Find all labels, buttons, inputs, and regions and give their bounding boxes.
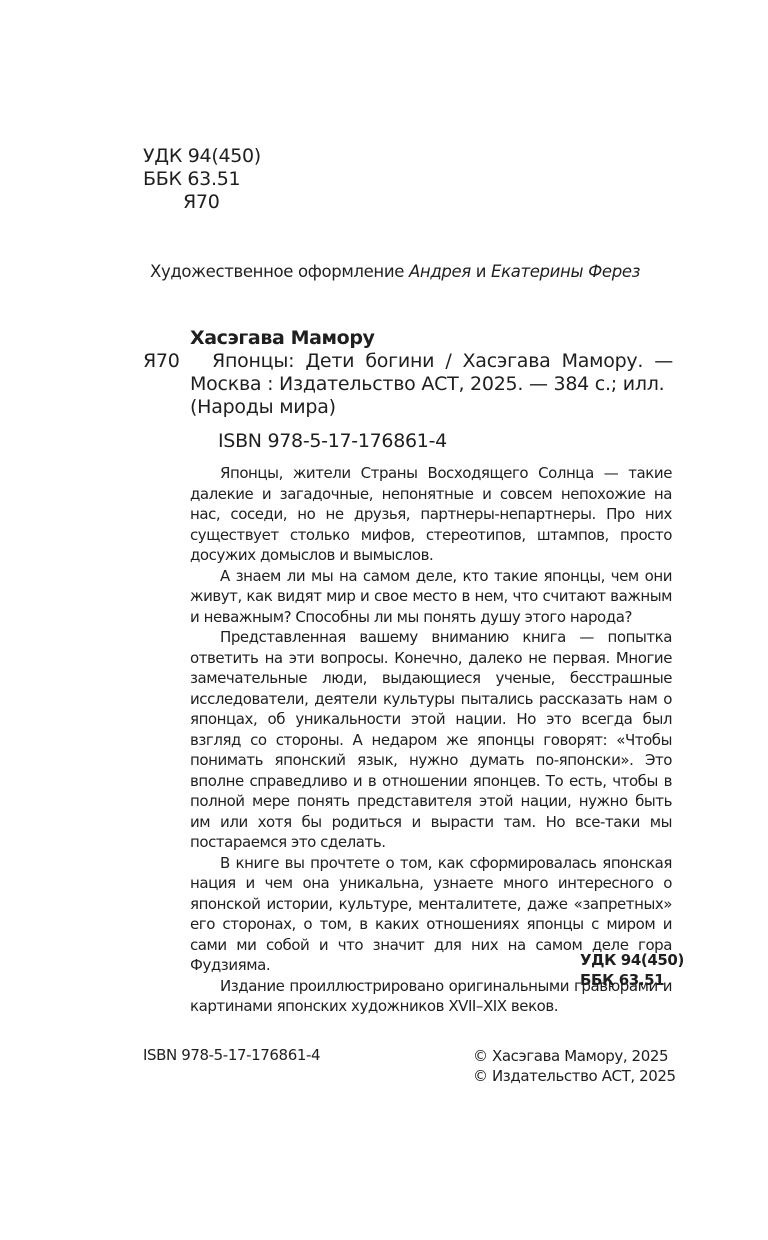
bbk-code-footer: ББК 63.51	[580, 970, 684, 990]
entry-series: (Народы мира)	[143, 396, 673, 419]
classification-footer: УДК 94(450) ББК 63.51	[580, 950, 684, 990]
annotation-paragraph: Представленная вашему вниманию книга — п…	[190, 627, 672, 853]
catalog-entry: Хасэгава Мамору Я70 Японцы: Дети богини …	[143, 327, 673, 419]
annotation-paragraph: Японцы, жители Страны Восходящего Солнца…	[190, 463, 672, 566]
design-credit: Художественное оформление Андрея и Екате…	[150, 262, 640, 281]
copyright-author: © Хасэгава Мамору, 2025	[473, 1046, 676, 1066]
copyright-block: © Хасэгава Мамору, 2025 © Издательство А…	[473, 1046, 676, 1086]
classification-block: УДК 94(450) ББК 63.51 Я70	[143, 145, 261, 214]
footer-isbn: ISBN 978-5-17-176861-4	[143, 1046, 320, 1064]
bbk-code: ББК 63.51	[143, 168, 261, 191]
udk-code-footer: УДК 94(450)	[580, 950, 684, 970]
design-credit-conj: и	[471, 262, 491, 281]
entry-row: Я70 Японцы: Дети богини / Хасэгава Мамор…	[143, 350, 673, 396]
udk-code: УДК 94(450)	[143, 145, 261, 168]
entry-code: Я70	[143, 350, 190, 396]
designer-name-1: Андрея	[409, 262, 471, 281]
annotation: Японцы, жители Страны Восходящего Солнца…	[190, 463, 672, 1017]
designer-name-2: Екатерины Ферез	[491, 262, 640, 281]
author-mark: Я70	[143, 191, 261, 214]
entry-isbn: ISBN 978-5-17-176861-4	[218, 430, 447, 452]
entry-title-line: Японцы: Дети богини / Хасэгава Мамору. —…	[190, 350, 673, 396]
annotation-paragraph: А знаем ли мы на самом деле, кто такие я…	[190, 566, 672, 628]
entry-body: Японцы: Дети богини / Хасэгава Мамору. —…	[190, 350, 673, 396]
design-credit-prefix: Художественное оформление	[150, 262, 409, 281]
entry-author: Хасэгава Мамору	[143, 327, 673, 350]
copyright-publisher: © Издательство АСТ, 2025	[473, 1066, 676, 1086]
